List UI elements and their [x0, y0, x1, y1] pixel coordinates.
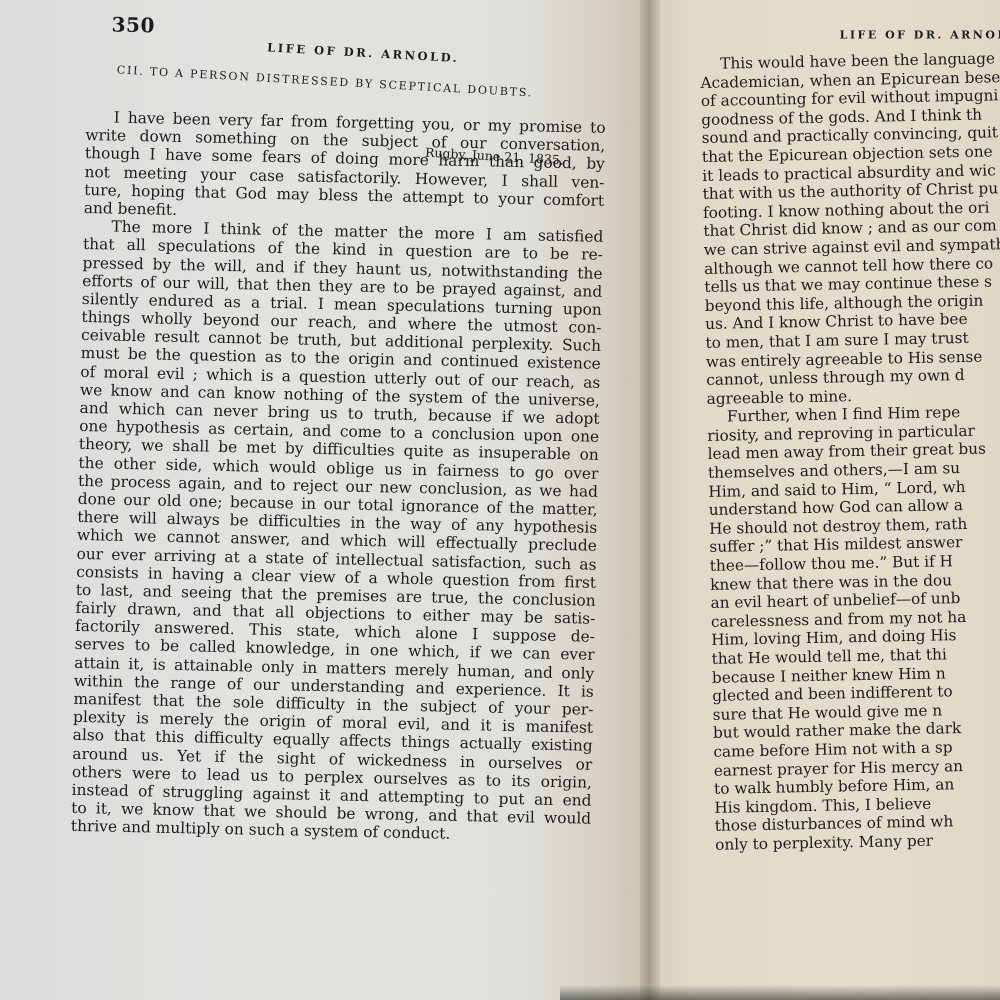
page-number: 350	[111, 13, 155, 38]
right-page-body: This would have been the language oAcade…	[700, 49, 1000, 855]
right-running-head: LIFE OF DR. ARNOL	[840, 29, 1000, 42]
left-page-body: I have been very far from forgetting you…	[71, 108, 606, 846]
book-gutter	[640, 0, 660, 1000]
page-bottom-shadow	[560, 985, 1000, 1000]
